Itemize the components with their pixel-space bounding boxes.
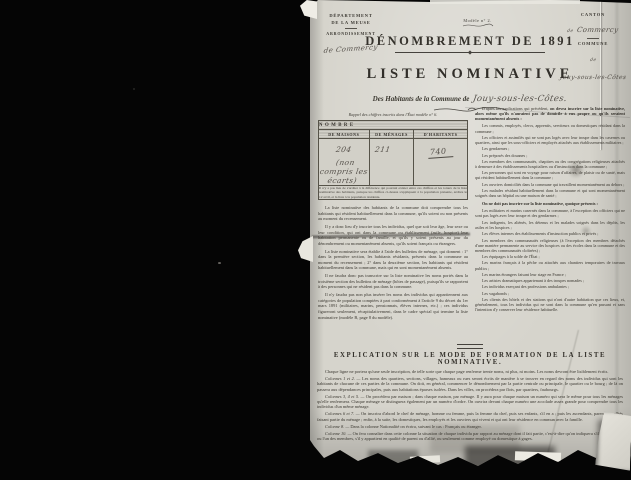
instruction-item: Les marins étrangers faisant leur stage … [475, 272, 625, 277]
col-header-menages: DE MÉNAGES [369, 130, 414, 139]
explanation-heading: EXPLICATION SUR LE MODE DE FORMATION DE … [317, 352, 623, 366]
value-habitants: 740 [428, 146, 454, 159]
instruction-item: Les préposés des douanes ; [475, 153, 625, 158]
instruction-item: Les personnes qui sont en voyage pour ra… [475, 170, 625, 180]
include-items: Les commis, employés, clercs, apprentis,… [475, 123, 625, 198]
flourish [461, 23, 495, 28]
explanation-paragraph: Colonnes 1 et 2. — Les noms des quartier… [317, 376, 623, 392]
right-instructions-column: D'après les explications qui précèdent, … [475, 106, 625, 314]
model-number: Modèle n° 2. [425, 18, 530, 28]
section-divider [457, 344, 483, 349]
tear-shadow [465, 446, 555, 470]
instruction-item: Les officiers et assimilés qui ne sont p… [475, 135, 625, 145]
explanation-paragraph: Colonne 10. — On fera connaître dans cet… [317, 431, 623, 441]
dust-speck [218, 262, 221, 264]
torn-edge [515, 451, 561, 462]
instruction-item: Les malades résidant habituellement dans… [475, 188, 625, 198]
canton-value-handwritten: Commercy [577, 26, 620, 34]
instruction-item: Les clients des hôtels et des stations q… [475, 297, 625, 312]
explanation-paragraph: Colonne 8. — Dans la colonne Nationalité… [317, 424, 623, 429]
table-header-nombre: NOMBRE [319, 121, 468, 130]
instruction-item: Les artistes dramatiques appartenant à d… [475, 278, 625, 283]
commune-de: de [589, 58, 596, 63]
value-maisons-cell: 204 (non compris les écarts) [319, 139, 370, 186]
instruction-item: Les commis, employés, clercs, apprentis,… [475, 123, 625, 133]
explanation-paragraph: Colonnes 3, 4 et 5. — On procédera par m… [317, 394, 623, 410]
explanation-section: EXPLICATION SUR LE MODE DE FORMATION DE … [317, 344, 623, 443]
department-label: DÉPARTEMENT DE LA MEUSE [316, 13, 386, 27]
list-title: LISTE NOMINATIVE [335, 66, 605, 83]
instruction-paragraph: Il n'y faudra pas non plus insérer les n… [318, 292, 468, 320]
table-footnote: Il n'y a pas lieu de s'arrêter à la diff… [319, 186, 468, 200]
instruction-item: Les élèves internes des établissements d… [475, 231, 625, 236]
torn-scrap [300, 0, 317, 19]
instruction-paragraph: La liste nominative des habitants de la … [318, 205, 468, 222]
document-page: DÉPARTEMENT DE LA MEUSE ARRONDISSEMENT d… [310, 0, 631, 476]
tear-shadow [368, 450, 418, 466]
left-instructions-column: Rappel des chiffres inscrits dans l'État… [318, 112, 468, 322]
instruction-paragraph: Il ne faudra donc pas transcrire sur la … [318, 273, 468, 290]
instruction-paragraph: La liste nominative sera établie à l'aid… [318, 249, 468, 271]
title-rule [395, 52, 545, 53]
value-habitants-cell: 740 [414, 139, 468, 186]
instruction-item: Les indigents, les aliénés, les détenus … [475, 220, 625, 230]
instruction-item: Les militaires et marins casernés dans l… [475, 208, 625, 218]
instruction-item: Les membres des communautés, chapitres o… [475, 159, 625, 169]
torn-scrap [298, 236, 313, 262]
include-intro: D'après les explications qui précèdent, … [475, 106, 625, 121]
instruction-paragraph: Il y a donc lieu d'y inscrire tous les i… [318, 224, 468, 246]
left-paragraphs: La liste nominative des habitants de la … [318, 205, 468, 320]
instruction-item: Les marins français à la pêche ou attach… [475, 260, 625, 270]
commune-label: COMMUNE [558, 41, 628, 48]
instruction-item: Les membres des communautés religieuses … [475, 238, 625, 253]
col-header-maisons: DE MAISONS [319, 130, 370, 139]
explanation-paragraph: Chaque ligne ne portera qu'une seule ins… [317, 369, 623, 374]
canton-de: de [567, 29, 574, 34]
value-maisons: 204 [335, 145, 352, 154]
explanation-paragraph: Colonnes 6 et 7. — On inscrira d'abord l… [317, 411, 623, 421]
divider [345, 28, 357, 29]
explanation-paragraphs: Chaque ligne ne portera qu'une seule ins… [317, 369, 623, 441]
summary-table: NOMBRE DE MAISONS DE MÉNAGES D'HABITANTS… [318, 120, 468, 200]
dust-speck [133, 88, 135, 90]
canton-label: CANTON [558, 12, 628, 19]
summary-caption: Rappel des chiffres inscrits dans l'État… [318, 112, 468, 117]
divider [587, 38, 599, 39]
instruction-item: Les vagabonds ; [475, 291, 625, 296]
value-menages: 211 [374, 145, 391, 154]
instruction-item: Les gendarmes ; [475, 146, 625, 151]
exclude-heading: On ne doit pas inscrire sur la liste nom… [475, 201, 625, 206]
exclude-items: Les militaires et marins casernés dans l… [475, 208, 625, 312]
value-maisons-note: (non compris les écarts) [317, 158, 371, 185]
torn-edge [410, 455, 440, 464]
instruction-item: Les ouvriers domiciliés dans la commune … [475, 182, 625, 187]
instruction-item: Les équipages à la solde de l'État ; [475, 254, 625, 259]
torn-edge [430, 0, 580, 4]
scan-background: DÉPARTEMENT DE LA MEUSE ARRONDISSEMENT d… [0, 0, 631, 480]
instruction-item: Les individus exerçant des professions a… [475, 284, 625, 289]
col-header-habitants: D'HABITANTS [414, 130, 468, 139]
value-menages-cell: 211 [369, 139, 414, 186]
